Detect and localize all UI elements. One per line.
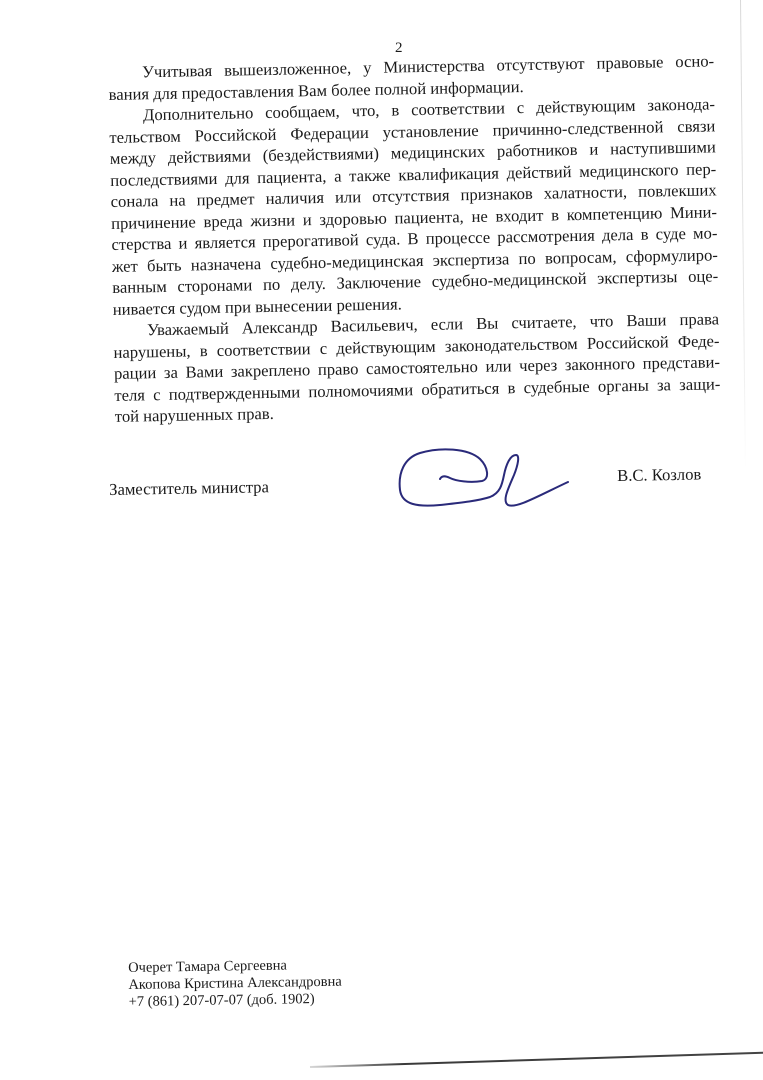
contact-phone: +7 (861) 207-07-07 (доб. 1902) [129, 991, 343, 1011]
document-page: 2 Учитывая вышеизложенное, у Министерств… [0, 0, 763, 1080]
signatory-title: Заместитель министра [109, 477, 269, 500]
executor-contacts: Очерет Тамара Сергеевна Акопова Кристина… [128, 957, 342, 1011]
signature-block: Заместитель министра В.С. Козлов [0, 0, 763, 1080]
handwritten-signature-icon [390, 445, 570, 520]
signatory-name: В.С. Козлов [617, 465, 701, 486]
